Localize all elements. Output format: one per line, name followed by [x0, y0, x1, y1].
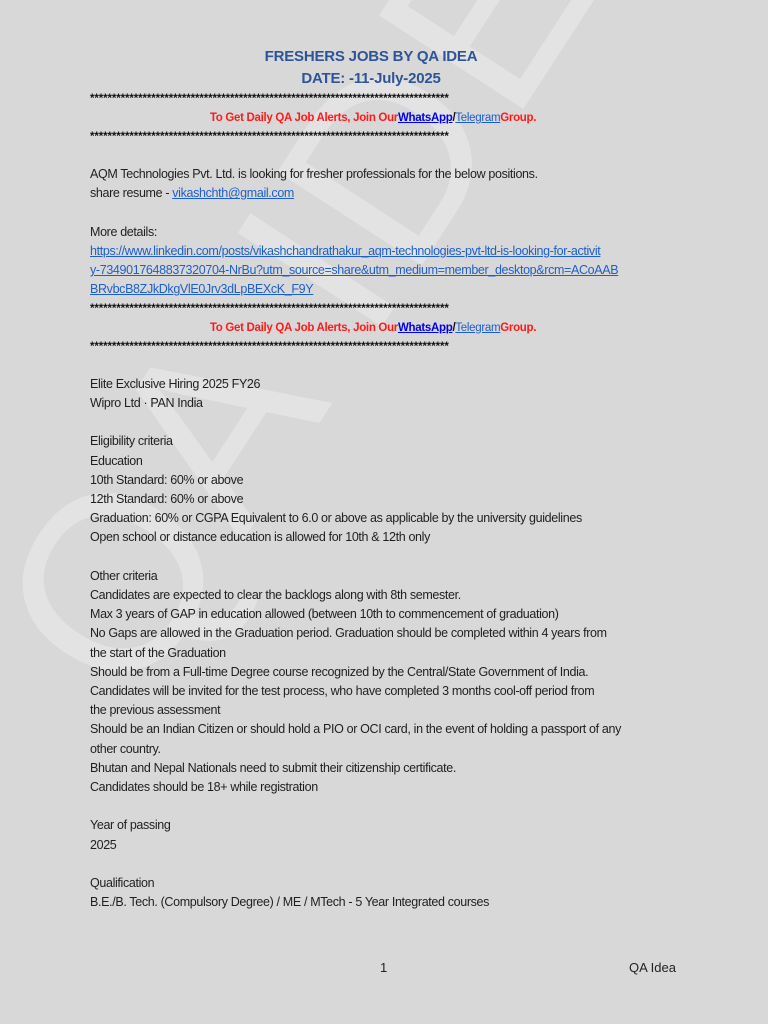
promo-suffix: Group. [500, 112, 536, 124]
whatsapp-link[interactable]: WhatsApp [398, 112, 452, 124]
other-criteria-line: the previous assessment [90, 701, 670, 720]
document-title: FRESHERS JOBS BY QA IDEA [72, 46, 670, 68]
promo-banner: To Get Daily QA Job Alerts, Join OurWhat… [90, 318, 656, 338]
other-criteria-line: the start of the Graduation [90, 644, 670, 663]
job2-title: Elite Exclusive Hiring 2025 FY26 [90, 375, 670, 394]
education-line: Open school or distance education is all… [90, 528, 670, 547]
whatsapp-link[interactable]: WhatsApp [398, 322, 452, 334]
document-date: DATE: -11-July-2025 [72, 68, 670, 90]
resume-label: share resume - [90, 186, 172, 200]
linkedin-link-line-3[interactable]: BRvbcB8ZJkDkgVlE0Jrv3dLpBEXcK_F9Y [90, 280, 670, 299]
other-criteria-line: Bhutan and Nepal Nationals need to submi… [90, 759, 670, 778]
more-details-label: More details: [90, 223, 670, 242]
promo-banner: To Get Daily QA Job Alerts, Join OurWhat… [90, 108, 656, 128]
other-criteria-heading: Other criteria [90, 567, 670, 586]
other-criteria-line: Candidates are expected to clear the bac… [90, 586, 670, 605]
education-line: 10th Standard: 60% or above [90, 471, 670, 490]
telegram-link[interactable]: Telegram [455, 322, 500, 334]
job1-intro: AQM Technologies Pvt. Ltd. is looking fo… [90, 165, 670, 184]
separator: ****************************************… [90, 338, 656, 356]
linkedin-link-line-1[interactable]: https://www.linkedin.com/posts/vikashcha… [90, 242, 670, 261]
qualification-value: B.E./B. Tech. (Compulsory Degree) / ME /… [90, 893, 670, 912]
resume-email-link[interactable]: vikashchth@gmail.com [172, 186, 294, 200]
job2-company: Wipro Ltd · PAN India [90, 394, 670, 413]
year-of-passing-value: 2025 [90, 836, 670, 855]
promo-suffix: Group. [500, 322, 536, 334]
separator: ****************************************… [90, 300, 656, 318]
other-criteria-line: Should be an Indian Citizen or should ho… [90, 720, 670, 739]
telegram-link[interactable]: Telegram [455, 112, 500, 124]
separator: ****************************************… [90, 90, 656, 108]
other-criteria-line: other country. [90, 740, 670, 759]
education-line: 12th Standard: 60% or above [90, 490, 670, 509]
other-criteria-line: Max 3 years of GAP in education allowed … [90, 605, 670, 624]
job1-resume: share resume - vikashchth@gmail.com [90, 184, 670, 203]
other-criteria-line: No Gaps are allowed in the Graduation pe… [90, 624, 670, 643]
education-line: Graduation: 60% or CGPA Equivalent to 6.… [90, 509, 670, 528]
eligibility-heading: Eligibility criteria [90, 432, 670, 451]
other-criteria-line: Candidates should be 18+ while registrat… [90, 778, 670, 797]
footer-brand: QA Idea [629, 960, 676, 975]
promo-prefix: To Get Daily QA Job Alerts, Join Our [210, 322, 398, 334]
education-heading: Education [90, 452, 670, 471]
document-page: FRESHERS JOBS BY QA IDEA DATE: -11-July-… [90, 46, 670, 912]
qualification-heading: Qualification [90, 874, 670, 893]
page-number: 1 [380, 960, 387, 975]
separator: ****************************************… [90, 128, 656, 146]
linkedin-link-line-2[interactable]: y-7349017648837320704-NrBu?utm_source=sh… [90, 261, 670, 280]
year-of-passing-heading: Year of passing [90, 816, 670, 835]
other-criteria-line: Should be from a Full-time Degree course… [90, 663, 670, 682]
other-criteria-line: Candidates will be invited for the test … [90, 682, 670, 701]
promo-prefix: To Get Daily QA Job Alerts, Join Our [210, 112, 398, 124]
